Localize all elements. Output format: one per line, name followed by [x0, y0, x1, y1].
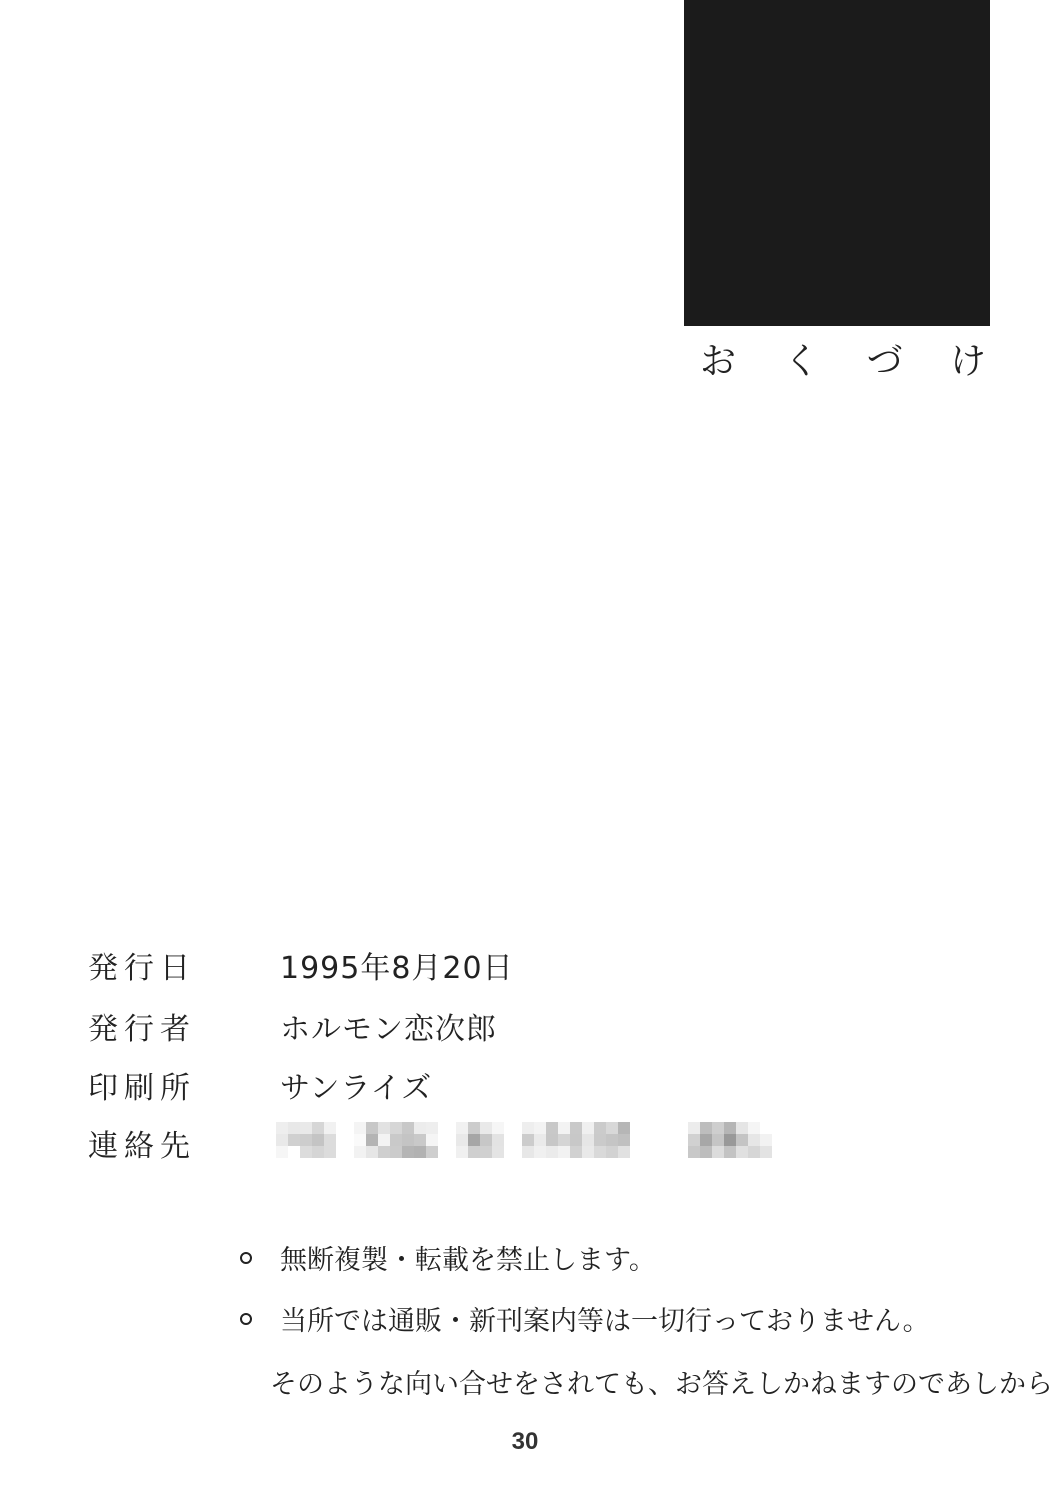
mosaic-cell — [618, 1134, 630, 1146]
notice-item: 無断複製・転載を禁止します。 — [232, 1238, 656, 1277]
mosaic-cell — [492, 1134, 504, 1146]
mosaic-cell — [760, 1146, 772, 1158]
mosaic-cell — [426, 1146, 438, 1158]
mosaic-cell — [700, 1122, 712, 1134]
mosaic-cell — [700, 1146, 712, 1158]
colophon-label: 印刷所 — [88, 1063, 208, 1107]
mosaic-cell — [390, 1146, 402, 1158]
mosaic-cell — [700, 1134, 712, 1146]
mosaic-cell — [456, 1146, 468, 1158]
black-title-block — [684, 0, 990, 326]
mosaic-cell — [312, 1146, 324, 1158]
mosaic-cell — [414, 1122, 426, 1134]
mosaic-cell — [366, 1122, 378, 1134]
mosaic-cell — [288, 1146, 300, 1158]
mosaic-cell — [300, 1134, 312, 1146]
mosaic-cell — [378, 1146, 390, 1158]
mosaic-cell — [456, 1122, 468, 1134]
colophon-label: 連絡先 — [88, 1121, 208, 1165]
mosaic-cell — [534, 1146, 546, 1158]
mosaic-cell — [606, 1134, 618, 1146]
page-title: お く づ け — [698, 338, 988, 386]
mosaic-cell — [760, 1134, 772, 1146]
mosaic-cell — [288, 1134, 300, 1146]
mosaic-cell — [276, 1134, 288, 1146]
mosaic-cell — [582, 1134, 594, 1146]
colophon-value: サンライズ — [280, 1063, 432, 1107]
mosaic-cell — [390, 1134, 402, 1146]
mosaic-cell — [582, 1122, 594, 1134]
mosaic-cell — [724, 1146, 736, 1158]
mosaic-group — [522, 1122, 630, 1158]
mosaic-cell — [390, 1122, 402, 1134]
mosaic-cell — [276, 1122, 288, 1134]
mosaic-group — [456, 1122, 504, 1158]
mosaic-cell — [402, 1134, 414, 1146]
mosaic-cell — [724, 1134, 736, 1146]
colophon-label: 発行日 — [88, 943, 208, 987]
mosaic-cell — [402, 1146, 414, 1158]
mosaic-cell — [712, 1122, 724, 1134]
mosaic-cell — [300, 1122, 312, 1134]
mosaic-cell — [736, 1146, 748, 1158]
mosaic-cell — [522, 1146, 534, 1158]
mosaic-cell — [712, 1134, 724, 1146]
title-char: く — [781, 338, 821, 386]
mosaic-cell — [546, 1122, 558, 1134]
mosaic-cell — [354, 1134, 366, 1146]
mosaic-cell — [606, 1146, 618, 1158]
mosaic-cell — [414, 1134, 426, 1146]
mosaic-cell — [378, 1134, 390, 1146]
bullet-circle-icon — [240, 1252, 252, 1264]
mosaic-cell — [426, 1122, 438, 1134]
notice-text: 当所では通販・新刊案内等は一切行っておりません。 — [280, 1299, 930, 1338]
mosaic-cell — [558, 1122, 570, 1134]
mosaic-cell — [688, 1146, 700, 1158]
mosaic-cell — [288, 1122, 300, 1134]
title-char: け — [948, 338, 988, 386]
mosaic-cell — [480, 1122, 492, 1134]
mosaic-cell — [378, 1122, 390, 1134]
title-char: づ — [865, 338, 905, 386]
mosaic-cell — [724, 1122, 736, 1134]
mosaic-cell — [522, 1122, 534, 1134]
mosaic-group — [354, 1122, 438, 1158]
mosaic-cell — [468, 1122, 480, 1134]
mosaic-cell — [582, 1146, 594, 1158]
mosaic-cell — [354, 1146, 366, 1158]
mosaic-cell — [300, 1146, 312, 1158]
mosaic-cell — [414, 1146, 426, 1158]
mosaic-cell — [276, 1146, 288, 1158]
mosaic-cell — [748, 1134, 760, 1146]
mosaic-cell — [312, 1134, 324, 1146]
mosaic-cell — [534, 1134, 546, 1146]
notice-item: 当所では通販・新刊案内等は一切行っておりません。 — [232, 1299, 930, 1338]
mosaic-cell — [606, 1122, 618, 1134]
mosaic-cell — [522, 1134, 534, 1146]
mosaic-cell — [324, 1134, 336, 1146]
mosaic-cell — [594, 1134, 606, 1146]
mosaic-cell — [366, 1134, 378, 1146]
mosaic-cell — [468, 1134, 480, 1146]
mosaic-cell — [570, 1122, 582, 1134]
mosaic-cell — [594, 1146, 606, 1158]
notice-text: 無断複製・転載を禁止します。 — [280, 1238, 656, 1277]
mosaic-cell — [760, 1122, 772, 1134]
mosaic-cell — [546, 1146, 558, 1158]
mosaic-cell — [618, 1146, 630, 1158]
mosaic-cell — [570, 1134, 582, 1146]
bullet-circle-icon — [240, 1313, 252, 1325]
censored-contact-mosaic — [276, 1122, 790, 1162]
mosaic-cell — [492, 1122, 504, 1134]
mosaic-cell — [712, 1146, 724, 1158]
colophon-value: ホルモン恋次郎 — [280, 1004, 497, 1048]
mosaic-cell — [570, 1146, 582, 1158]
mosaic-cell — [480, 1134, 492, 1146]
mosaic-cell — [354, 1122, 366, 1134]
mosaic-cell — [492, 1146, 504, 1158]
mosaic-cell — [736, 1122, 748, 1134]
mosaic-cell — [480, 1146, 492, 1158]
mosaic-cell — [736, 1134, 748, 1146]
colophon-value: 1995年8月20日 — [280, 943, 514, 987]
mosaic-cell — [366, 1146, 378, 1158]
notice-continuation: そのような向い合せをされても、お答えしかねますのであしからず。 — [270, 1362, 1050, 1401]
mosaic-cell — [402, 1122, 414, 1134]
mosaic-cell — [688, 1122, 700, 1134]
mosaic-cell — [426, 1134, 438, 1146]
mosaic-cell — [534, 1122, 546, 1134]
mosaic-cell — [324, 1146, 336, 1158]
mosaic-cell — [558, 1146, 570, 1158]
mosaic-cell — [618, 1122, 630, 1134]
mosaic-group — [276, 1122, 336, 1158]
mosaic-cell — [688, 1134, 700, 1146]
mosaic-cell — [468, 1146, 480, 1158]
mosaic-cell — [748, 1122, 760, 1134]
page-number: 30 — [490, 1428, 560, 1456]
title-char: お — [698, 338, 738, 386]
mosaic-cell — [324, 1122, 336, 1134]
mosaic-cell — [558, 1134, 570, 1146]
mosaic-cell — [594, 1122, 606, 1134]
mosaic-group — [688, 1122, 772, 1158]
mosaic-cell — [546, 1134, 558, 1146]
colophon-label: 発行者 — [88, 1004, 208, 1048]
mosaic-cell — [312, 1122, 324, 1134]
mosaic-cell — [456, 1134, 468, 1146]
mosaic-cell — [748, 1146, 760, 1158]
